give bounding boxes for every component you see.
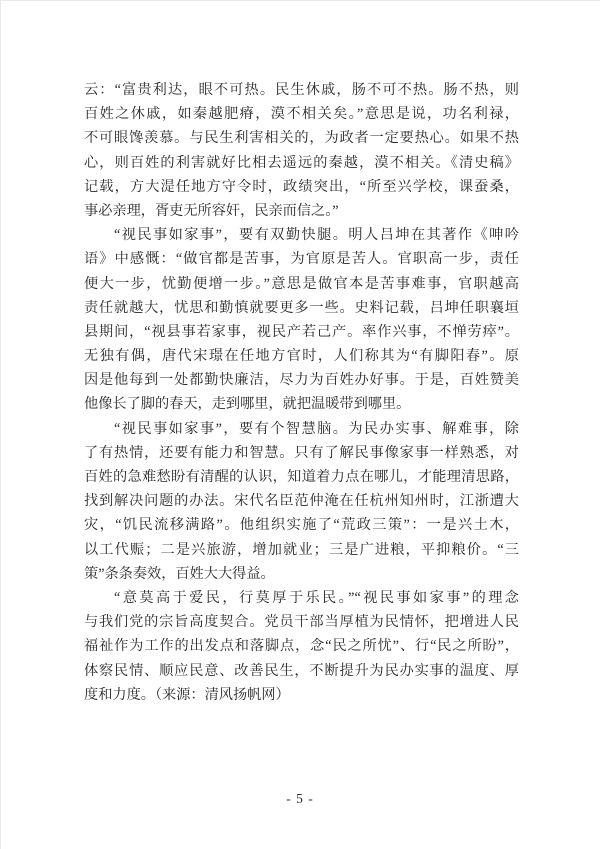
text-line: “视民事如家事”，要有个智慧脑。为民办实事、解难事，除 bbox=[84, 417, 519, 441]
page-number: - 5 - bbox=[0, 791, 600, 807]
text-line: 责任就越大，忧思和勤慎就要更多一些。史料记载，吕坤任职襄垣 bbox=[84, 296, 519, 320]
text-line: 灾，“饥民流移满路”。他组织实施了“荒政三策”：一是兴土木， bbox=[84, 513, 519, 537]
text-line: 县期间，“视县事若家事，视民产若己产。率作兴事，不惮劳瘁”。 bbox=[84, 320, 519, 344]
text-line: 语》中感慨：“做官都是苦事，为官原是苦人。官职高一步，责任 bbox=[84, 247, 519, 271]
text-line: 百姓的急难愁盼有清醒的认识，知道着力点在哪儿，才能理清思路， bbox=[84, 465, 519, 489]
document-page: 云：“富贵利达，眼不可热。民生休戚，肠不可不热。肠不热，则百姓之休戚，如秦越肥瘠… bbox=[0, 0, 600, 849]
text-line: 以工代赈；二是兴旅游，增加就业；三是广进粮，平抑粮价。“三 bbox=[84, 538, 519, 562]
text-line: 找到解决问题的办法。宋代名臣范仲淹在任杭州知州时，江浙遭大 bbox=[84, 489, 519, 513]
text-line: 他像长了脚的春天，走到哪里，就把温暖带到哪里。 bbox=[84, 392, 519, 416]
text-line: “意莫高于爱民，行莫厚于乐民。”“视民事如家事”的理念 bbox=[84, 586, 519, 610]
text-line: 策”条条奏效，百姓大大得益。 bbox=[84, 562, 519, 586]
document-body: 云：“富贵利达，眼不可热。民生休戚，肠不可不热。肠不热，则百姓之休戚，如秦越肥瘠… bbox=[84, 78, 519, 707]
text-line: 不可眼馋羡慕。与民生利害相关的，为政者一定要热心。如果不热 bbox=[84, 126, 519, 150]
text-line: 便大一步，忧勤便增一步。”意思是做官本是苦事难事，官职越高 bbox=[84, 272, 519, 296]
text-line: 云：“富贵利达，眼不可热。民生休戚，肠不可不热。肠不热，则 bbox=[84, 78, 519, 102]
text-line: 度和力度。（来源：清风扬帆网） bbox=[84, 683, 519, 707]
text-line: 因是他每到一处都勤快廉洁，尽力为百姓办好事。于是，百姓赞美 bbox=[84, 368, 519, 392]
text-line: 心，则百姓的利害就好比相去遥远的秦越，漠不相关。《清史稿》 bbox=[84, 151, 519, 175]
text-line: 了有热情，还要有能力和智慧。只有了解民事像家事一样熟悉，对 bbox=[84, 441, 519, 465]
text-line: 无独有偶，唐代宋璟在任地方官时，人们称其为“有脚阳春”。原 bbox=[84, 344, 519, 368]
text-line: 百姓之休戚，如秦越肥瘠，漠不相关矣。”意思是说，功名利禄， bbox=[84, 102, 519, 126]
text-line: “视民事如家事”，要有双勤快腿。明人吕坤在其著作《呻吟 bbox=[84, 223, 519, 247]
text-line: 与我们党的宗旨高度契合。党员干部当厚植为民情怀，把增进人民 bbox=[84, 610, 519, 634]
text-line: 记载，方大湜任地方守令时，政绩突出，“所至兴学校，课蚕桑， bbox=[84, 175, 519, 199]
text-line: 体察民情、顺应民意、改善民生，不断提升为民办实事的温度、厚 bbox=[84, 659, 519, 683]
text-line: 事必亲理，胥吏无所容奸，民亲而信之。” bbox=[84, 199, 519, 223]
text-line: 福祉作为工作的出发点和落脚点，念“民之所忧”、行“民之所盼”， bbox=[84, 634, 519, 658]
